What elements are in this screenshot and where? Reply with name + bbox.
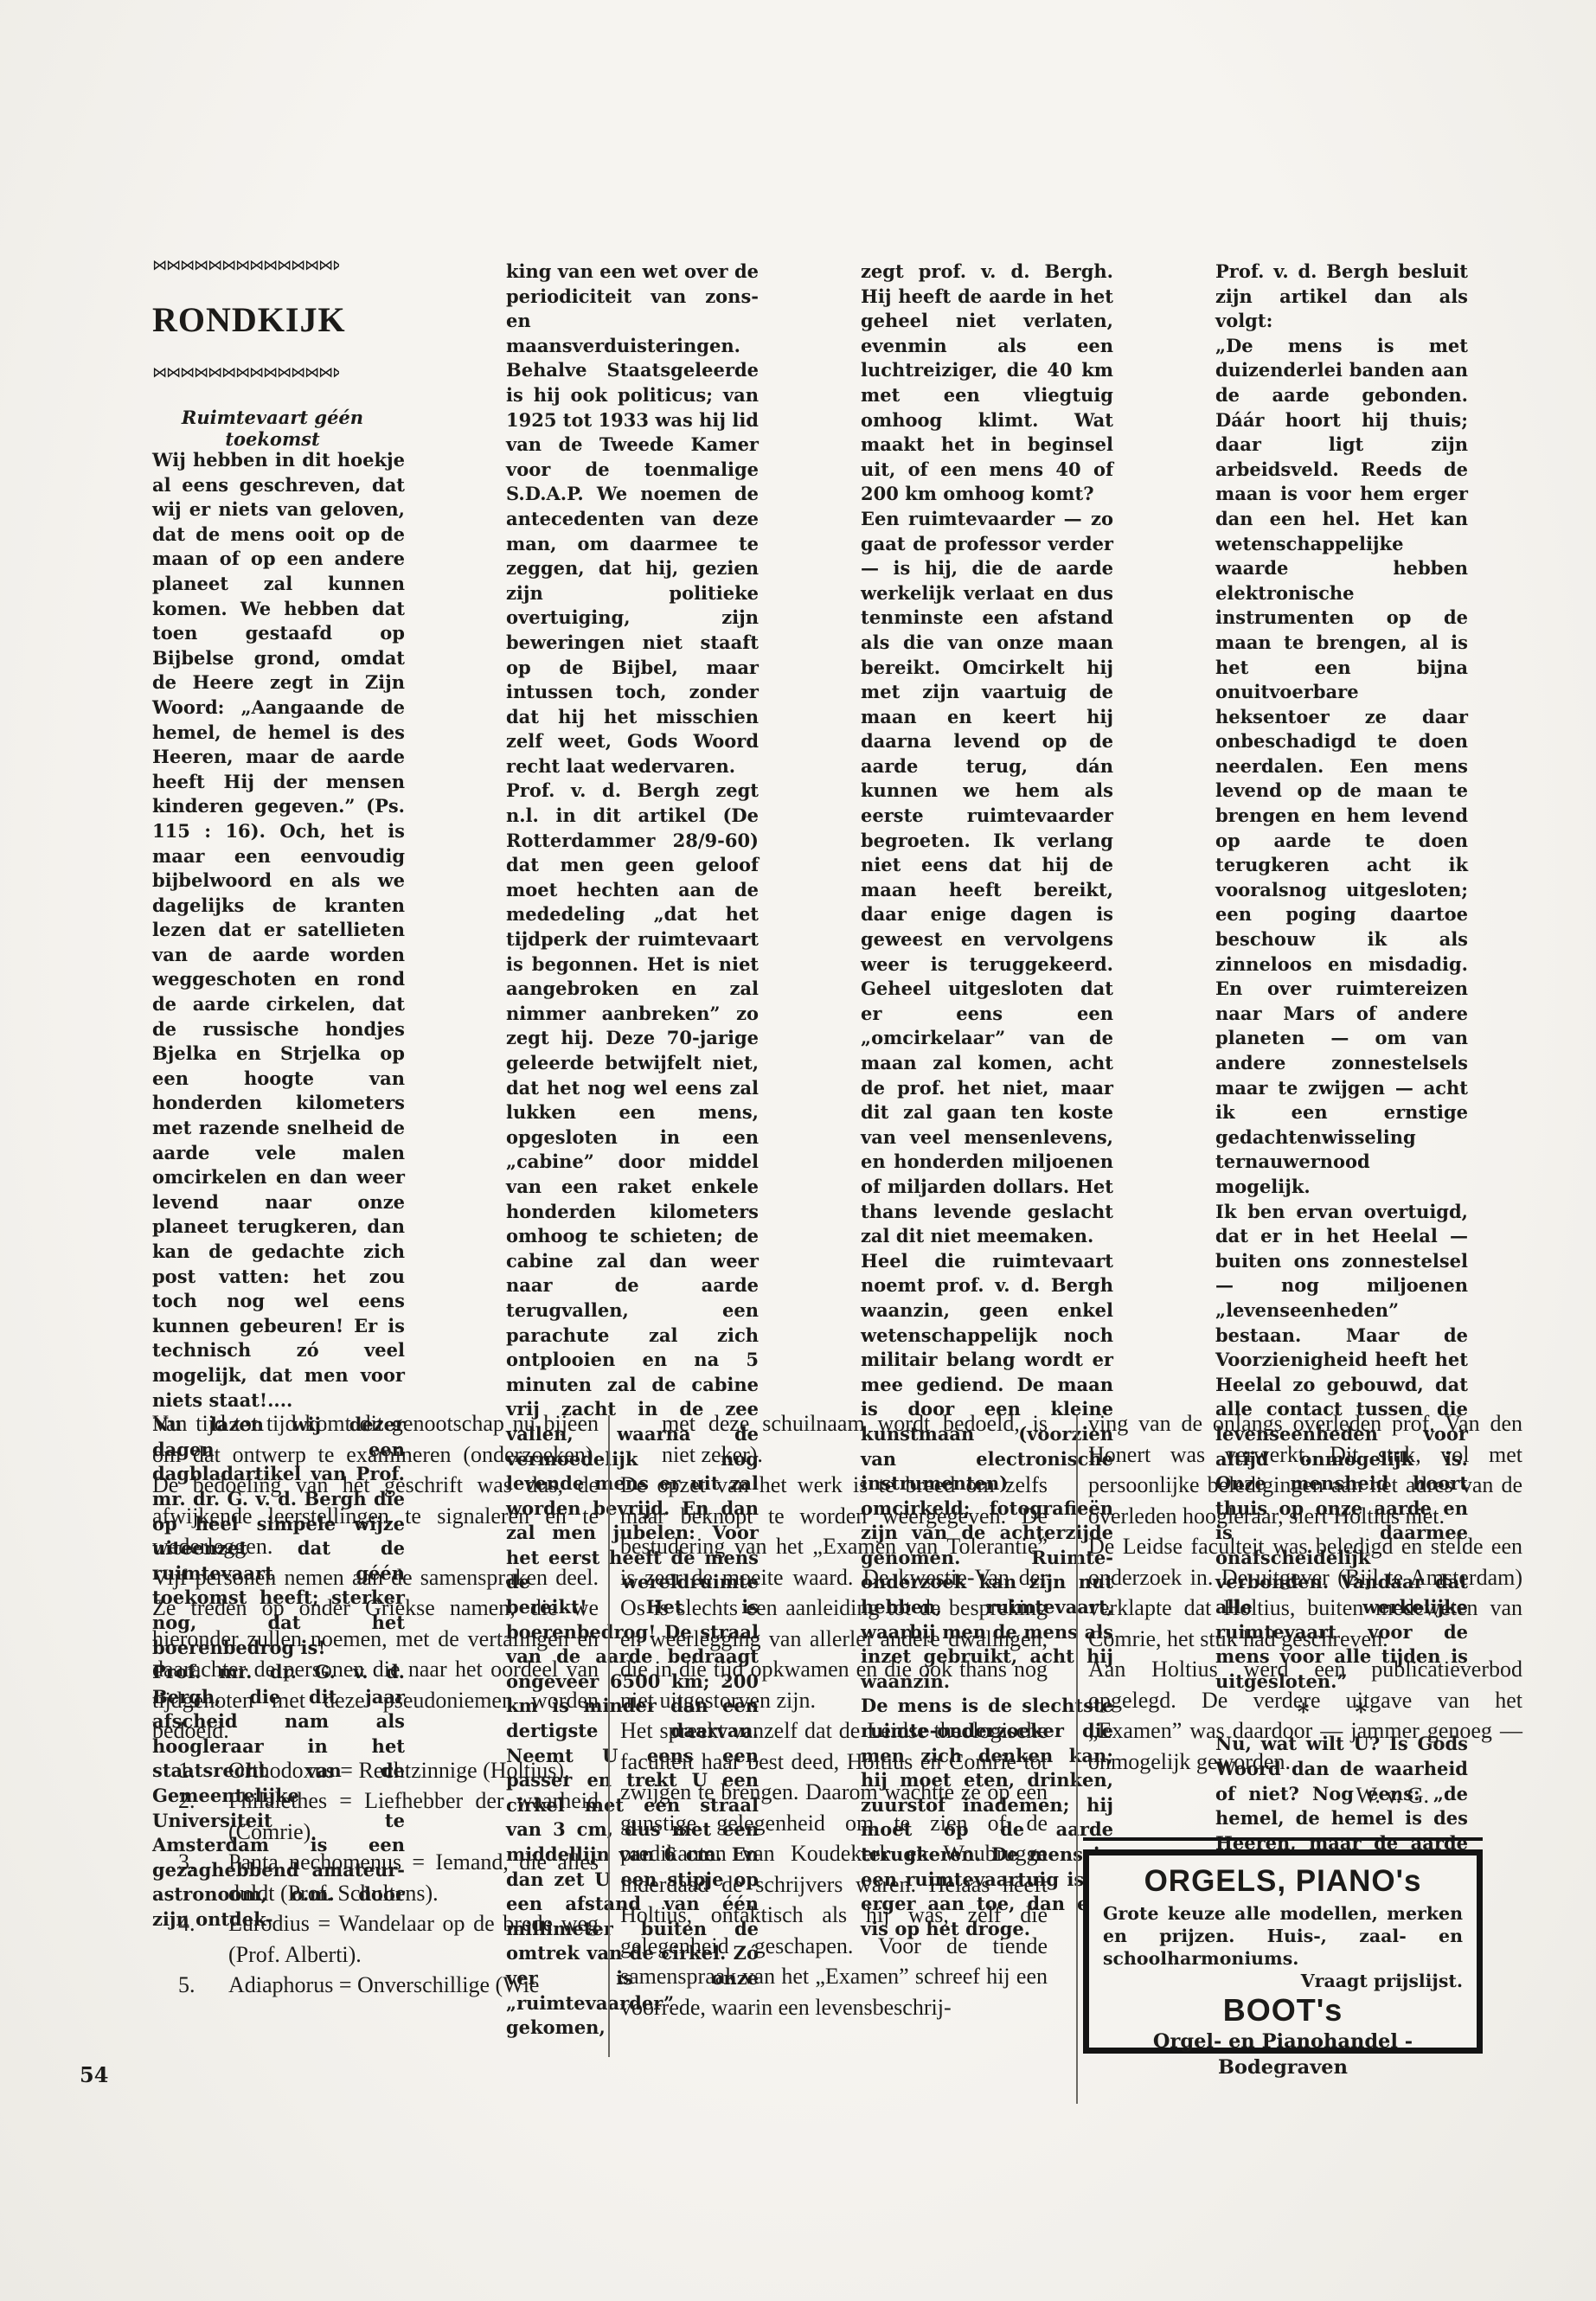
advertisement-box: ORGELS, PIANO's Grote keuze alle modelle…: [1083, 1849, 1483, 2054]
paragraph-continuation: met deze schuilnaam wordt bedoeld, is ni…: [620, 1408, 1048, 1470]
list-item: 3. Panta nechomenus = Iemand, die alles …: [152, 1847, 599, 1908]
list-item: 4. Eurodius = Wandelaar op de brede weg …: [152, 1908, 599, 1970]
paragraph: Prof. v. d. Bergh besluit zijn artikel d…: [1215, 260, 1468, 334]
masthead-box: ⋈⋈⋈⋈⋈⋈⋈⋈⋈⋈⋈⋈⋈⋈ ⋈⋈⋈⋈ RONDKIJK ⋈⋈⋈⋈ ⋈⋈⋈⋈⋈⋈…: [152, 256, 339, 382]
list-item-text: Orthodoxus = Rechtzinnige (Holtius).: [228, 1755, 599, 1786]
ad-body-text: Grote keuze alle modellen, merken en pri…: [1103, 1902, 1463, 1970]
magazine-page-scan: ⋈⋈⋈⋈⋈⋈⋈⋈⋈⋈⋈⋈⋈⋈ ⋈⋈⋈⋈ RONDKIJK ⋈⋈⋈⋈ ⋈⋈⋈⋈⋈⋈…: [0, 0, 1596, 2301]
paragraph: Van tijd tot tijd komt dit genootschap n…: [152, 1408, 599, 1562]
ad-footer-text: Orgel- en Pianohandel - Bodegraven: [1103, 2029, 1463, 2080]
ad-brand-name: BOOT's: [1103, 1992, 1463, 2029]
column-divider-rule: [608, 1415, 610, 2057]
paragraph: De opzet van het werk is te breed om zel…: [620, 1470, 1048, 1715]
article-subtitle: Ruimtevaart géén toekomst: [147, 407, 398, 450]
paragraph: Behalve Staatsgeleerde is hij ook politi…: [506, 358, 759, 779]
paragraph: king van een wet over de periodiciteit v…: [506, 260, 759, 358]
pseudonym-list: 1. Orthodoxus = Rechtzinnige (Holtius). …: [152, 1755, 599, 2001]
list-item-text: Philalethes = Liefhebber der waarheid (C…: [228, 1785, 599, 1847]
bottom-article-column-1: Van tijd tot tijd komt dit genootschap n…: [152, 1408, 599, 2001]
bottom-article-column-2: met deze schuilnaam wordt bedoeld, is ni…: [620, 1408, 1048, 2022]
paragraph: „De mens is met duizenderlei banden aan …: [1215, 334, 1468, 1200]
column-divider-rule: [1076, 1415, 1078, 2104]
author-signature: W. v. G.: [1088, 1780, 1522, 1811]
list-item: 1. Orthodoxus = Rechtzinnige (Holtius).: [152, 1755, 599, 1786]
ornament-border-top-icon: ⋈⋈⋈⋈⋈⋈⋈⋈⋈⋈⋈⋈⋈⋈: [152, 256, 339, 275]
paragraph: Het spreekt vanzelf dat de Leidse theolo…: [620, 1715, 1048, 2022]
bottom-article-column-3: ving van de onlangs overleden prof. Van …: [1088, 1408, 1522, 1811]
list-item-number: 2.: [152, 1785, 228, 1847]
paragraph: Vijf personen nemen aan de samenspraken …: [152, 1562, 599, 1747]
list-item-text: Adiaphorus = Onverschillige (Wie: [228, 1970, 599, 2001]
paragraph: De Leidse faculteit was beledigd en stel…: [1088, 1531, 1522, 1654]
list-item: 5. Adiaphorus = Onverschillige (Wie: [152, 1970, 599, 2001]
ad-top-rule: [1083, 1837, 1483, 1841]
paragraph: Wij hebben in dit hoekje al eens geschre…: [152, 448, 405, 1413]
paragraph: Aan Holtius werd een publicatieverbod op…: [1088, 1654, 1522, 1777]
list-item: 2. Philalethes = Liefhebber der waarheid…: [152, 1785, 599, 1847]
ornament-border-bottom-icon: ⋈⋈⋈⋈⋈⋈⋈⋈⋈⋈⋈⋈⋈⋈: [152, 363, 339, 382]
list-item-number: 3.: [152, 1847, 228, 1908]
paragraph: ving van de onlangs overleden prof. Van …: [1088, 1408, 1522, 1531]
page-number: 54: [80, 2062, 108, 2087]
column-title: RONDKIJK: [152, 275, 346, 363]
paragraph: Een ruimtevaarder — zo gaat de professor…: [861, 507, 1113, 1249]
list-item-number: 5.: [152, 1970, 228, 2001]
list-item-text: Panta nechomenus = Iemand, die alles dul…: [228, 1847, 599, 1908]
list-item-number: 4.: [152, 1908, 228, 1970]
list-item-number: 1.: [152, 1755, 228, 1786]
list-item-text: Eurodius = Wandelaar op de brede weg (Pr…: [228, 1908, 599, 1970]
ad-title: ORGELS, PIANO's: [1103, 1862, 1463, 1900]
ad-price-list-note: Vraagt prijslijst.: [1103, 1970, 1463, 1992]
paragraph: zegt prof. v. d. Bergh. Hij heeft de aar…: [861, 260, 1113, 507]
